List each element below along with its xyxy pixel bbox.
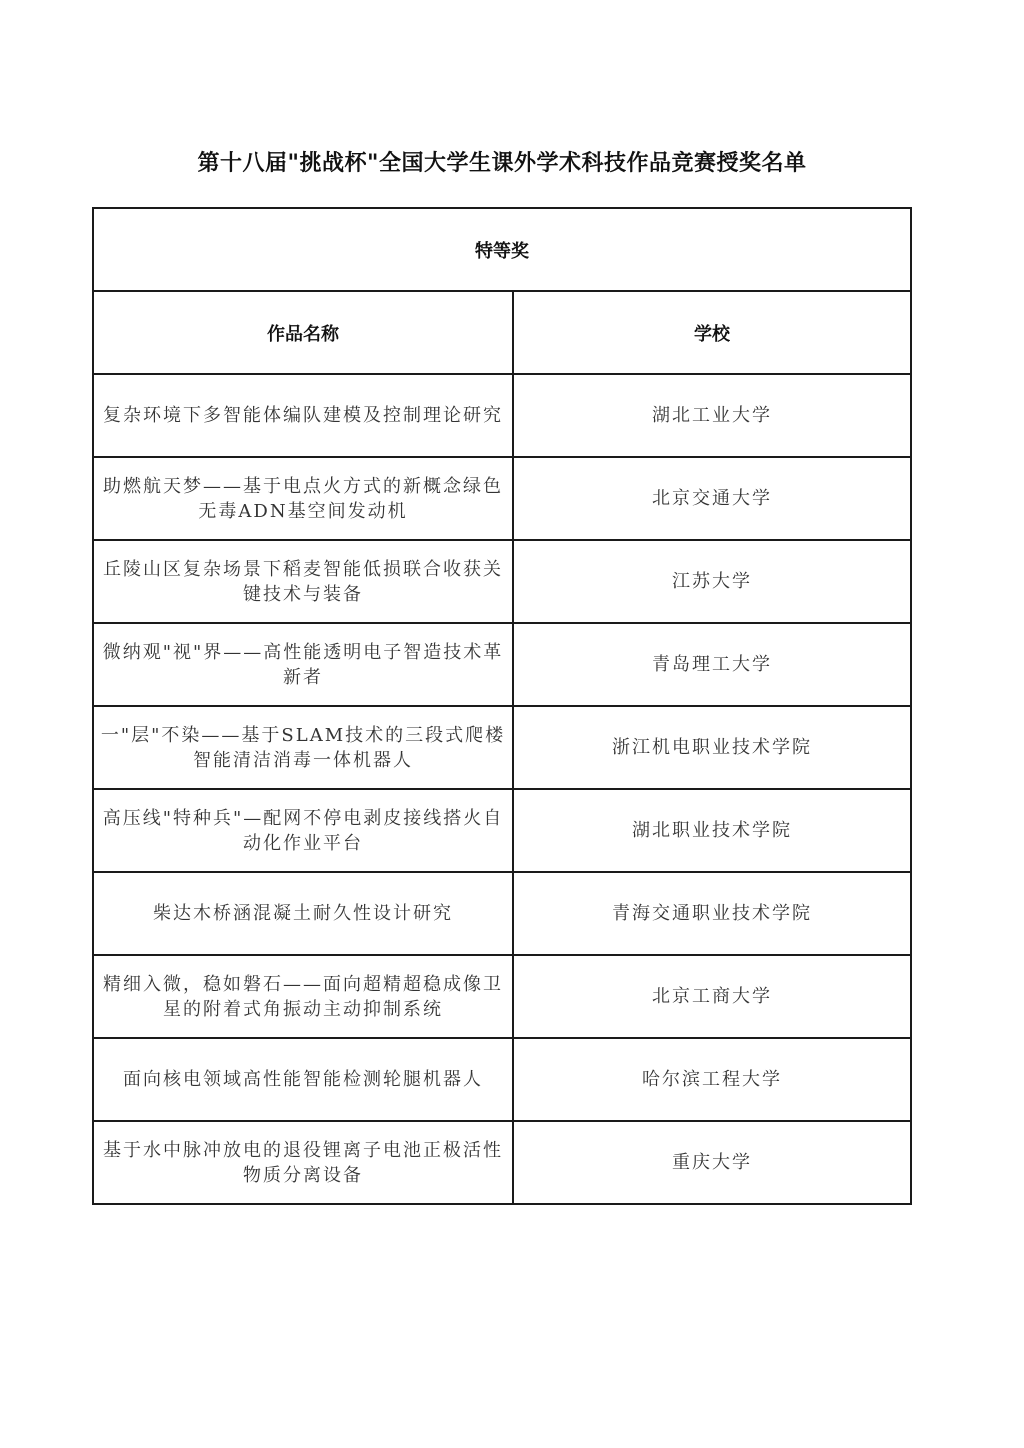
table-row: 面向核电领域高性能智能检测轮腿机器人 哈尔滨工程大学 xyxy=(93,1038,911,1121)
table-row: 复杂环境下多智能体编队建模及控制理论研究 湖北工业大学 xyxy=(93,374,911,457)
table-row: 柴达木桥涵混凝土耐久性设计研究 青海交通职业技术学院 xyxy=(93,872,911,955)
work-title: 微纳观"视"界——高性能透明电子智造技术革新者 xyxy=(93,623,513,706)
school-name: 湖北工业大学 xyxy=(513,374,911,457)
work-title: 基于水中脉冲放电的退役锂离子电池正极活性物质分离设备 xyxy=(93,1121,513,1204)
column-header-row: 作品名称 学校 xyxy=(93,291,911,374)
work-title: 高压线"特种兵"—配网不停电剥皮接线搭火自动化作业平台 xyxy=(93,789,513,872)
table-row: 基于水中脉冲放电的退役锂离子电池正极活性物质分离设备 重庆大学 xyxy=(93,1121,911,1204)
school-name: 湖北职业技术学院 xyxy=(513,789,911,872)
table-row: 助燃航天梦——基于电点火方式的新概念绿色无毒ADN基空间发动机 北京交通大学 xyxy=(93,457,911,540)
column-header-work: 作品名称 xyxy=(93,291,513,374)
work-title: 面向核电领域高性能智能检测轮腿机器人 xyxy=(93,1038,513,1121)
work-title: 丘陵山区复杂场景下稻麦智能低损联合收获关键技术与装备 xyxy=(93,540,513,623)
school-name: 北京工商大学 xyxy=(513,955,911,1038)
work-title: 一"层"不染——基于SLAM技术的三段式爬楼智能清洁消毒一体机器人 xyxy=(93,706,513,789)
table-row: 丘陵山区复杂场景下稻麦智能低损联合收获关键技术与装备 江苏大学 xyxy=(93,540,911,623)
section-header: 特等奖 xyxy=(93,208,911,291)
school-name: 青岛理工大学 xyxy=(513,623,911,706)
page-title: 第十八届"挑战杯"全国大学生课外学术科技作品竞赛授奖名单 xyxy=(0,146,1004,177)
school-name: 江苏大学 xyxy=(513,540,911,623)
table-row: 微纳观"视"界——高性能透明电子智造技术革新者 青岛理工大学 xyxy=(93,623,911,706)
table-row: 精细入微，稳如磐石——面向超精超稳成像卫星的附着式角振动主动抑制系统 北京工商大… xyxy=(93,955,911,1038)
school-name: 重庆大学 xyxy=(513,1121,911,1204)
school-name: 哈尔滨工程大学 xyxy=(513,1038,911,1121)
section-header-row: 特等奖 xyxy=(93,208,911,291)
school-name: 北京交通大学 xyxy=(513,457,911,540)
work-title: 精细入微，稳如磐石——面向超精超稳成像卫星的附着式角振动主动抑制系统 xyxy=(93,955,513,1038)
award-table: 特等奖 作品名称 学校 复杂环境下多智能体编队建模及控制理论研究 湖北工业大学 … xyxy=(92,207,912,1205)
table-row: 一"层"不染——基于SLAM技术的三段式爬楼智能清洁消毒一体机器人 浙江机电职业… xyxy=(93,706,911,789)
work-title: 柴达木桥涵混凝土耐久性设计研究 xyxy=(93,872,513,955)
table-row: 高压线"特种兵"—配网不停电剥皮接线搭火自动化作业平台 湖北职业技术学院 xyxy=(93,789,911,872)
column-header-school: 学校 xyxy=(513,291,911,374)
work-title: 助燃航天梦——基于电点火方式的新概念绿色无毒ADN基空间发动机 xyxy=(93,457,513,540)
school-name: 浙江机电职业技术学院 xyxy=(513,706,911,789)
school-name: 青海交通职业技术学院 xyxy=(513,872,911,955)
work-title: 复杂环境下多智能体编队建模及控制理论研究 xyxy=(93,374,513,457)
